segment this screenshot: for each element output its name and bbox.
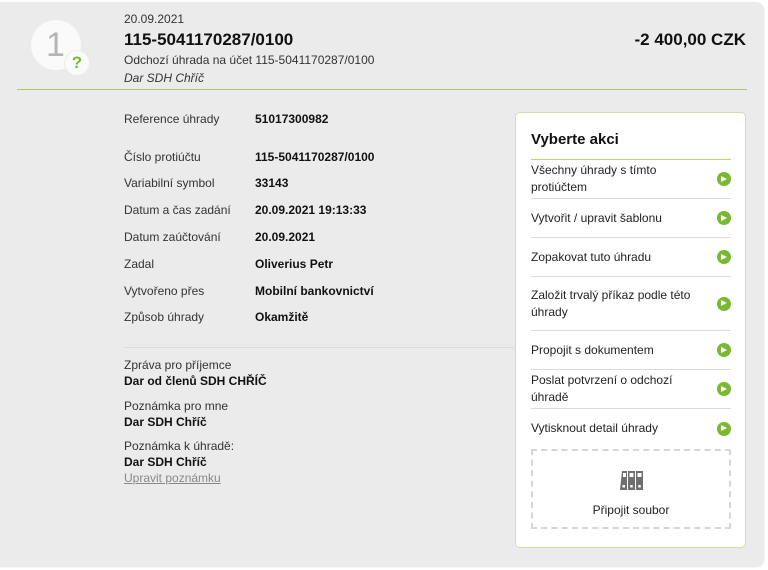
transaction-date: 20.09.2021 — [124, 12, 184, 26]
arrow-right-circle-icon — [717, 172, 731, 186]
transaction-detail-panel: 1 ? 20.09.2021 115-5041170287/0100 Odcho… — [0, 2, 764, 566]
detail-label: Reference úhrady — [124, 112, 219, 126]
action-label: Poslat potvrzení o odchozí úhradě — [531, 372, 706, 406]
transaction-title: 115-5041170287/0100 — [124, 30, 293, 50]
action-create-edit-template[interactable]: Vytvořit / upravit šablonu — [531, 199, 731, 238]
binders-icon — [619, 469, 645, 491]
detail-label: Vytvořeno přes — [124, 284, 204, 298]
detail-label: Způsob úhrady — [124, 310, 204, 324]
detail-value: 51017300982 — [255, 112, 328, 126]
question-mark-icon: ? — [65, 51, 89, 75]
detail-value: Okamžitě — [255, 310, 308, 324]
edit-note-link[interactable]: Upravit poznámku — [124, 471, 234, 485]
transaction-amount: -2 400,00 CZK — [635, 30, 747, 50]
note-message-for-recipient: Zpráva pro příjemce Dar od členů SDH CHŘ… — [124, 358, 267, 388]
detail-value: 20.09.2021 19:13:33 — [255, 203, 366, 217]
action-all-payments-with-account[interactable]: Všechny úhrady s tímto protiúčtem — [531, 160, 731, 199]
action-repeat-payment[interactable]: Zopakovat tuto úhradu — [531, 238, 731, 277]
transaction-subtitle: Odchozí úhrada na účet 115-5041170287/01… — [124, 53, 374, 67]
header-divider — [17, 89, 747, 90]
action-print-detail[interactable]: Vytisknout detail úhrady — [531, 409, 731, 448]
action-label: Propojit s dokumentem — [531, 342, 706, 359]
attach-file-dropzone[interactable]: Připojit soubor — [531, 449, 731, 529]
action-link-document[interactable]: Propojit s dokumentem — [531, 331, 731, 370]
action-label: Všechny úhrady s tímto protiúčtem — [531, 162, 706, 196]
transaction-header: 1 ? 20.09.2021 115-5041170287/0100 Odcho… — [0, 2, 764, 90]
action-send-confirmation[interactable]: Poslat potvrzení o odchozí úhradě — [531, 370, 731, 409]
arrow-right-circle-icon — [717, 343, 731, 357]
detail-value: Mobilní bankovnictví — [255, 284, 374, 298]
detail-label: Variabilní symbol — [124, 176, 214, 190]
arrow-right-circle-icon — [717, 382, 731, 396]
action-list: Všechny úhrady s tímto protiúčtem Vytvoř… — [531, 160, 731, 448]
note-value: Dar SDH Chříč — [124, 415, 228, 429]
attach-file-label: Připojit soubor — [533, 503, 729, 517]
detail-label: Datum zaúčtování — [124, 230, 221, 244]
arrow-right-circle-icon — [717, 211, 731, 225]
note-label: Poznámka k úhradě: — [124, 439, 234, 453]
detail-label: Číslo protiúčtu — [124, 150, 201, 164]
detail-label: Datum a čas zadání — [124, 203, 231, 217]
details-divider — [124, 347, 514, 348]
action-label: Zopakovat tuto úhradu — [531, 249, 706, 266]
detail-value: 115-5041170287/0100 — [255, 150, 374, 164]
transaction-note: Dar SDH Chříč — [124, 71, 204, 85]
avatar-number: 1 — [46, 20, 65, 70]
actions-title: Vyberte akci — [531, 131, 619, 148]
detail-value: 20.09.2021 — [255, 230, 315, 244]
note-value: Dar SDH Chříč — [124, 455, 234, 469]
note-for-payment: Poznámka k úhradě: Dar SDH Chříč Upravit… — [124, 439, 234, 485]
action-label: Vytvořit / upravit šablonu — [531, 210, 706, 227]
note-label: Zpráva pro příjemce — [124, 358, 267, 372]
detail-label: Zadal — [124, 257, 154, 271]
action-label: Vytisknout detail úhrady — [531, 420, 706, 437]
action-create-standing-order[interactable]: Založit trvalý příkaz podle této úhrady — [531, 277, 731, 331]
detail-value: 33143 — [255, 176, 288, 190]
note-value: Dar od členů SDH CHŘÍČ — [124, 374, 267, 388]
note-label: Poznámka pro mne — [124, 399, 228, 413]
actions-box: Vyberte akci Všechny úhrady s tímto prot… — [515, 112, 746, 548]
arrow-right-circle-icon — [717, 422, 731, 436]
action-label: Založit trvalý příkaz podle této úhrady — [531, 287, 706, 321]
detail-value: Oliverius Petr — [255, 257, 333, 271]
note-for-me: Poznámka pro mne Dar SDH Chříč — [124, 399, 228, 429]
arrow-right-circle-icon — [717, 297, 731, 311]
arrow-right-circle-icon — [717, 250, 731, 264]
